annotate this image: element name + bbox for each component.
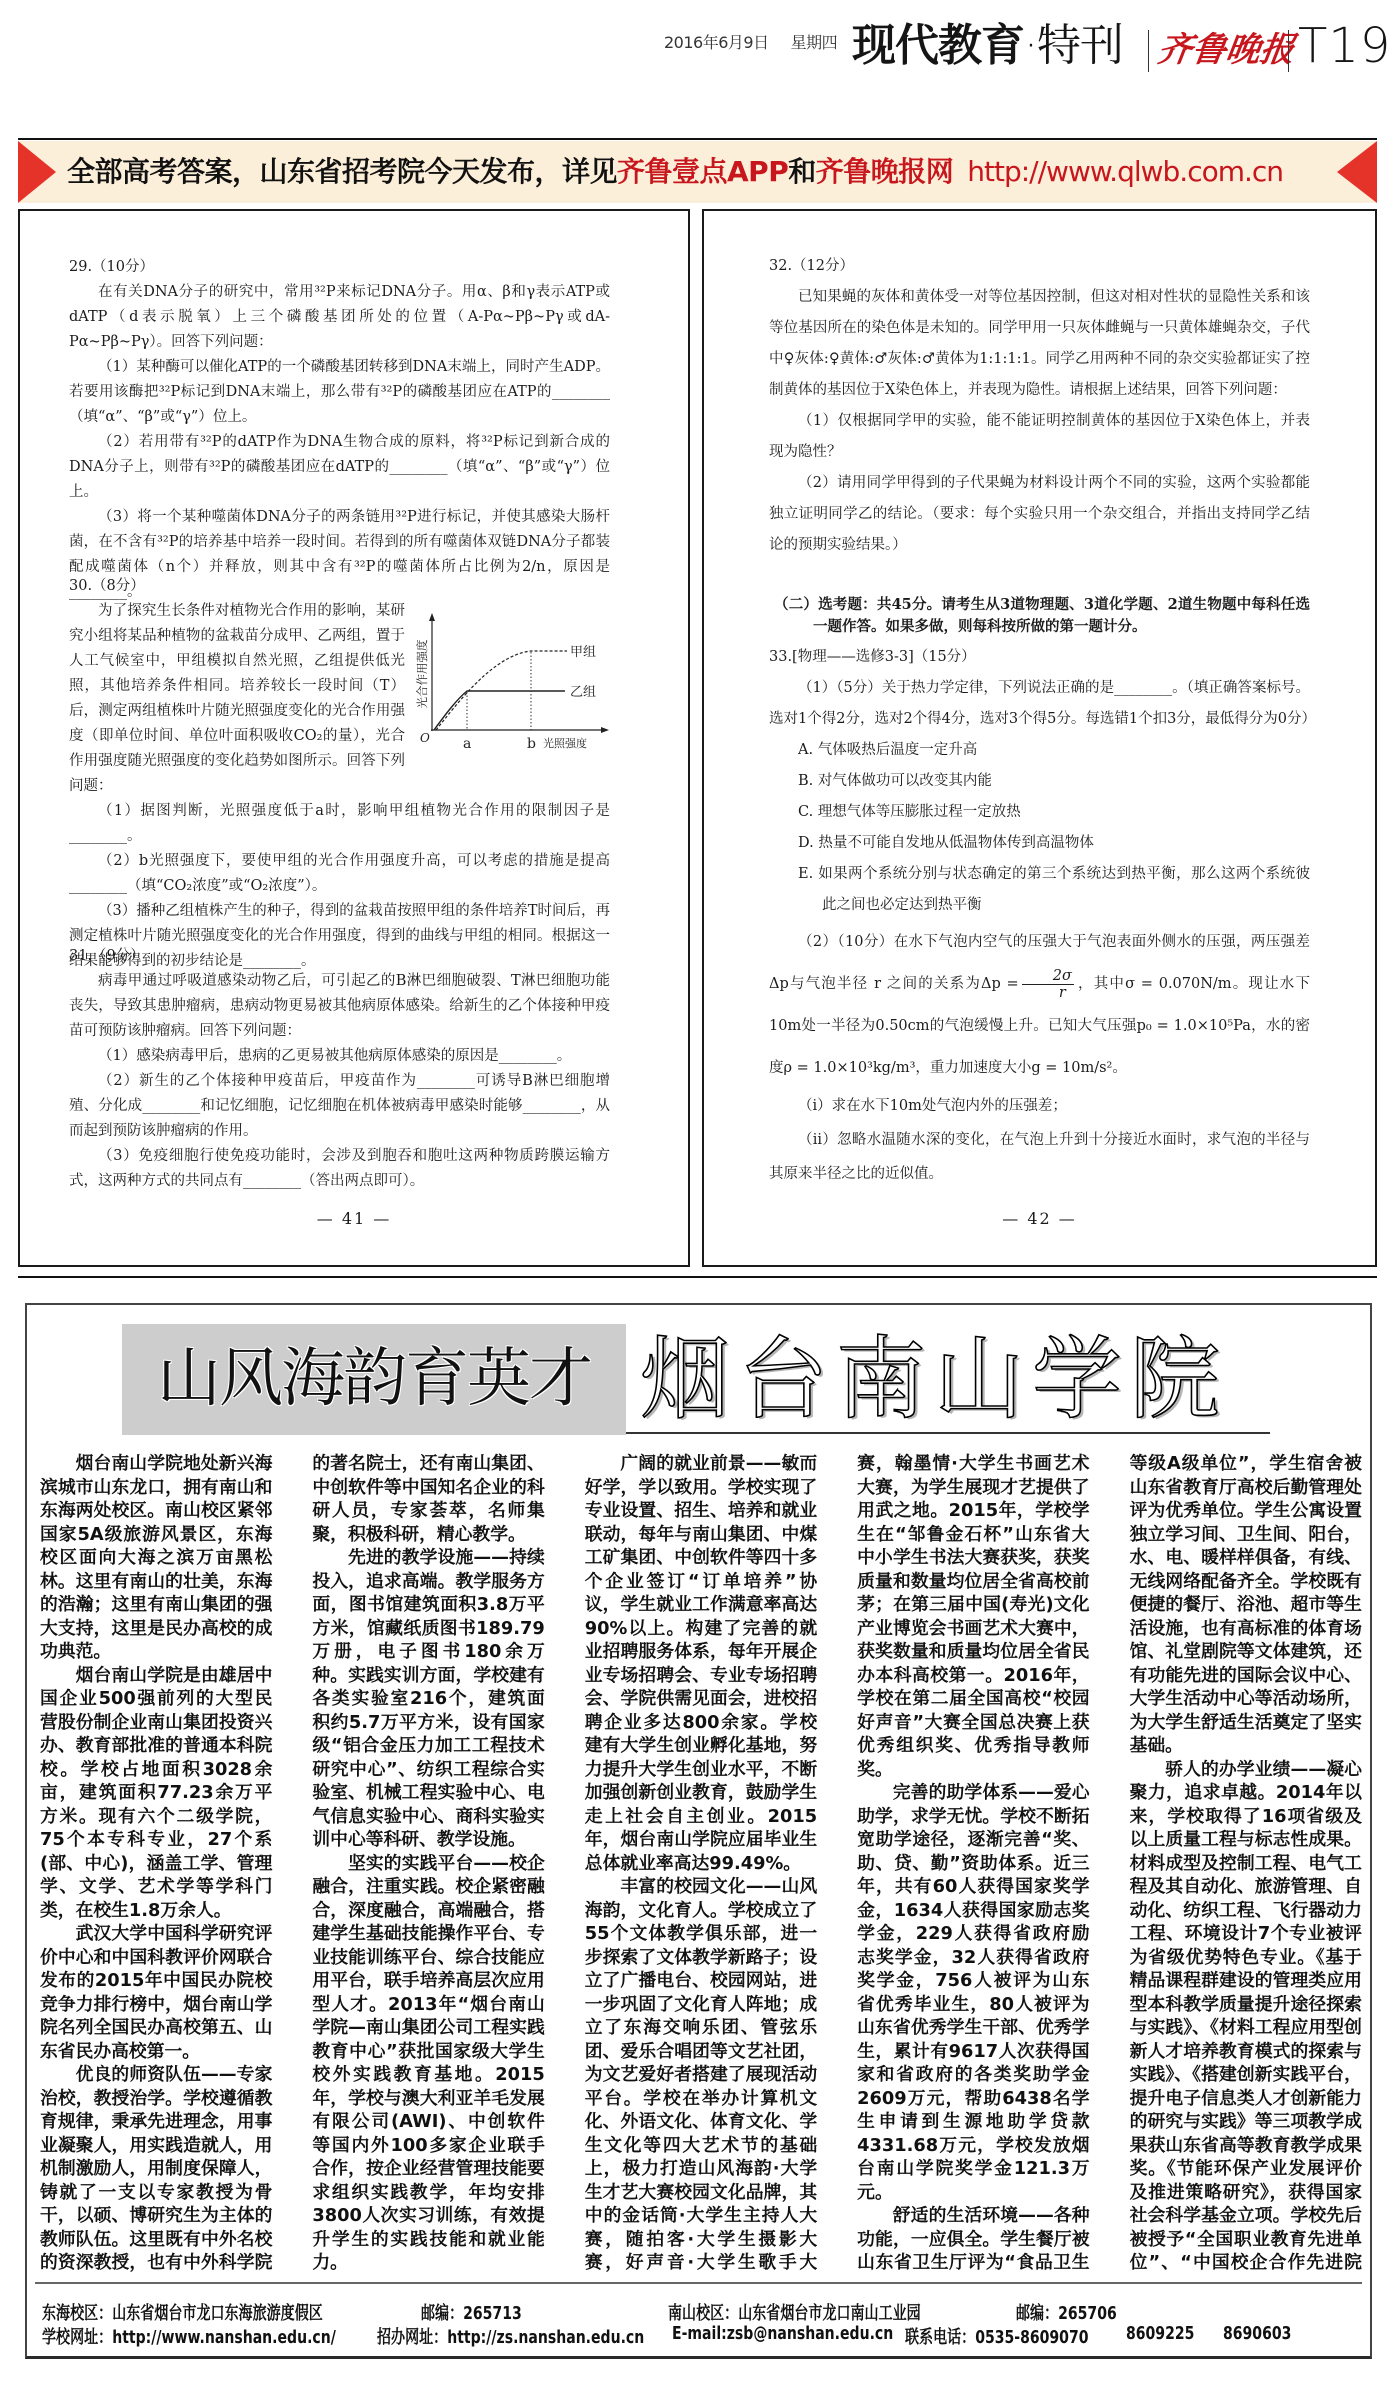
section-title-suffix: ·特刊: [1024, 20, 1123, 71]
option-a: A. 气体吸热后温度一定升高: [769, 735, 1310, 766]
y-axis-arrow-icon: [429, 613, 435, 621]
question-32: 32.（12分） 已知果蝇的灰体和黄体受一对等位基因控制，但这对相对性状的显隐性…: [769, 251, 1310, 561]
title-underline: [626, 1432, 1270, 1434]
newspaper-page: 2016年6月9日星期四 现代教育·特刊 齐鲁晚报 T19 全部高考答案，山东省…: [0, 0, 1395, 2395]
option-e: E. 如果两个系统分别与状态确定的第三个系统达到热平衡，那么这两个系统彼此之间也…: [769, 859, 1310, 921]
ad-slogan: 山风海韵育英才: [122, 1324, 626, 1435]
announcement-banner: 全部高考答案，山东省招考院今天发布，详见齐鲁壹点APP和齐鲁晚报网http://…: [18, 141, 1377, 203]
question-part: （2）新生的乙个体接种甲疫苗后，甲疫苗作为________可诱导B淋巴细胞增殖、…: [69, 1069, 610, 1144]
question-part: （1）仅根据同学甲的实验，能不能证明控制黄体的基因位于X染色体上，并表现为隐性？: [769, 406, 1310, 468]
ad-paragraph: 武汉大学中国科学研究评价中心和中国科教评价网联合发布的2015年中国民办院校竞争…: [40, 1922, 272, 2063]
question-30: 30.（8分） 甲组 乙组 O a b 光照强度 光: [69, 574, 610, 974]
question-stem: 已知果蝇的灰体和黄体受一对等位基因控制，但这对相对性状的显隐性关系和该等位基因所…: [769, 282, 1310, 406]
ad-paragraph: 先进的教学设施——持续投入，追求高端。教学服务方面，图书馆建筑面积3.8万平方米…: [312, 1546, 544, 1852]
question-part: （3）免疫细胞行使免疫功能时，会涉及到胞吞和胞吐这两种物质跨膜运输方式，这两种方…: [69, 1144, 610, 1194]
banner-site-name: 齐鲁晚报网: [816, 155, 954, 188]
contact-phone: 联系电话：0535-8609070: [905, 2323, 1088, 2349]
question-part: （1）（5分）关于热力学定律，下列说法正确的是________。（填正确答案标号…: [769, 673, 1310, 735]
question-31: 31.（9分） 病毒甲通过呼吸道感染动物乙后，可引起乙的B淋巴细胞破裂、T淋巴细…: [69, 944, 610, 1194]
y-axis-label: 光合作用强度: [415, 639, 429, 708]
origin-label: O: [420, 731, 430, 745]
elective-section-note: （二）选考题：共45分。请考生从3道物理题、3道化学题、2道生物题中每科任选一题…: [769, 594, 1310, 638]
question-title: 31.（9分）: [69, 944, 610, 969]
exam-page-41: 29.（10分） 在有关DNA分子的研究中，常用³²P来标记DNA分子。用α、β…: [18, 209, 690, 1267]
campus-nanshan-postcode: 邮编：265706: [1016, 2299, 1117, 2325]
formula-denominator: r: [1022, 985, 1074, 1001]
date-text: 2016年6月9日: [664, 33, 769, 52]
graph-svg: 甲组 乙组 O a b 光照强度 光合作用强度: [415, 611, 610, 754]
question-title: 29.（10分）: [69, 255, 610, 280]
question-part: （1）据图判断，光照强度低于a时，影响甲组植物光合作用的限制因子是_______…: [69, 799, 610, 849]
question-part: （2）b光照强度下，要使甲组的光合作用强度升高，可以考虑的措施是提高______…: [69, 849, 610, 899]
header-divider: [1288, 30, 1289, 72]
question-part: （1）某种酶可以催化ATP的一个磷酸基团转移到DNA末端上，同时产生ADP。若要…: [69, 355, 610, 430]
question-title: 33.[物理——选修3-3]（15分）: [769, 642, 1310, 673]
section-title: 现代教育·特刊: [852, 20, 1123, 72]
sub-question-ii: （ii）忽略水温随水深的变化，在气泡上升到十分接近水面时，求气泡的半径与其原来半…: [769, 1123, 1310, 1191]
photosynthesis-graph: 甲组 乙组 O a b 光照强度 光合作用强度: [415, 611, 610, 754]
ad-paragraph: 烟台南山学院是由雄居中国企业500强前列的大型民营股份制企业南山集团投资兴办、教…: [40, 1664, 272, 1923]
admissions-website: 招办网址：http://zs.nanshan.edu.cn: [377, 2323, 644, 2349]
option-c: C. 理想气体等压膨胀过程一定放热: [769, 797, 1310, 828]
exam-page-number: — 41 —: [20, 1209, 688, 1228]
question-33: 33.[物理——选修3-3]（15分） （1）（5分）关于热力学定律，下列说法正…: [769, 642, 1310, 1191]
tick-a: a: [463, 736, 471, 752]
option-b: B. 对气体做功可以改变其内能: [769, 766, 1310, 797]
campus-donghai-address: 东海校区：山东省烟台市龙口东海旅游度假区: [42, 2299, 323, 2325]
campus-donghai-postcode: 邮编：265713: [421, 2299, 522, 2325]
newspaper-logo: 齐鲁晚报: [1154, 24, 1297, 76]
section-note-text: （二）选考题：共45分。请考生从3道物理题、3道化学题、2道生物题中每科任选一题…: [769, 594, 1310, 638]
question-part: （2）请用同学甲得到的子代果蝇为材料设计两个不同的实验，这两个实验都能独立证明同…: [769, 468, 1310, 561]
legend-jia: 甲组: [570, 645, 596, 660]
school-website: 学校网址：http://www.nanshan.edu.cn/: [42, 2323, 336, 2349]
issue-date: 2016年6月9日星期四: [664, 30, 837, 53]
banner-text: 全部高考答案，山东省招考院今天发布，详见齐鲁壹点APP和齐鲁晚报网http://…: [67, 141, 1283, 203]
sub-question-i: （i）求在水下10m处气泡内外的压强差；: [769, 1089, 1310, 1123]
contact-email: E-mail:zsb@nanshan.edu.cn: [672, 2323, 893, 2344]
ad-paragraph: 完善的助学体系——爱心助学，求学无忧。学校不断拓宽助学途径，逐渐完善“奖、助、贷…: [857, 1781, 1089, 2204]
x-axis-label: 光照强度: [543, 736, 587, 750]
section-title-main: 现代教育: [852, 20, 1024, 71]
option-d: D. 热量不可能自发地从低温物体传到高温物体: [769, 828, 1310, 859]
question-29: 29.（10分） 在有关DNA分子的研究中，常用³²P来标记DNA分子。用α、β…: [69, 255, 610, 605]
formula-numerator: 2σ: [1022, 968, 1074, 985]
ad-footer-rule: [35, 2282, 1362, 2284]
banner-url: http://www.qlwb.com.cn: [967, 155, 1283, 188]
question-stem: 病毒甲通过呼吸道感染动物乙后，可引起乙的B淋巴细胞破裂、T淋巴细胞功能丧失，导致…: [69, 969, 610, 1044]
header-rule: [18, 138, 1377, 140]
exam-page-number: — 42 —: [704, 1209, 1375, 1228]
question-title: 30.（8分）: [69, 574, 610, 599]
series-yi-line: [434, 691, 565, 730]
page-number: T19: [1298, 20, 1391, 72]
weekday-text: 星期四: [791, 33, 838, 52]
legend-yi: 乙组: [570, 685, 596, 700]
tick-b: b: [527, 736, 536, 752]
formula-fraction: 2σr: [1022, 968, 1074, 1001]
header-divider: [1148, 30, 1149, 72]
campus-nanshan-address: 南山校区：山东省烟台市龙口南山工业园: [668, 2299, 921, 2325]
banner-lead: 全部高考答案，山东省招考院今天发布，详见: [67, 155, 617, 188]
question-part: （2）若用带有³²P的dATP作为DNA生物合成的原料，将³²P标记到新合成的D…: [69, 430, 610, 505]
exam-page-42: 32.（12分） 已知果蝇的灰体和黄体受一对等位基因控制，但这对相对性状的显隐性…: [702, 209, 1377, 1267]
question-part: （2）（10分）在水下气泡内空气的压强大于气泡表面外侧水的压强，两压强差Δp与气…: [769, 921, 1310, 1089]
contact-phone-3: 8690603: [1223, 2323, 1291, 2344]
question-stem: 在有关DNA分子的研究中，常用³²P来标记DNA分子。用α、β和γ表示ATP或d…: [69, 280, 610, 355]
banner-arrow-right-icon: [1337, 141, 1377, 203]
ad-paragraph: 广阔的就业前景——敏而好学，学以致用。学校实现了专业设置、招生、培养和就业联动，…: [585, 1452, 817, 1875]
x-axis-arrow-icon: [601, 727, 609, 733]
ad-paragraph: 坚实的实践平台——校企融合，注重实践。校企紧密融合，深度融合，高端融合，搭建学生…: [312, 1852, 544, 2275]
ad-body-columns: 烟台南山学院地处新兴海滨城市山东龙口，拥有南山和东海两处校区。南山校区紧邻国家5…: [40, 1452, 1362, 2280]
question-part: （1）感染病毒甲后，患病的乙更易被其他病原体感染的原因是________。: [69, 1044, 610, 1069]
ad-paragraph: 烟台南山学院地处新兴海滨城市山东龙口，拥有南山和东海两处校区。南山校区紧邻国家5…: [40, 1452, 272, 1664]
banner-conj: 和: [788, 155, 816, 188]
question-title: 32.（12分）: [769, 251, 1310, 282]
ad-school-name: 烟台南山学院: [640, 1330, 1228, 1430]
contact-phone-2: 8609225: [1126, 2323, 1194, 2344]
banner-arrow-left-icon: [18, 141, 56, 203]
banner-app-name: 齐鲁壹点APP: [617, 155, 788, 188]
section-rule: [18, 1276, 1377, 1278]
